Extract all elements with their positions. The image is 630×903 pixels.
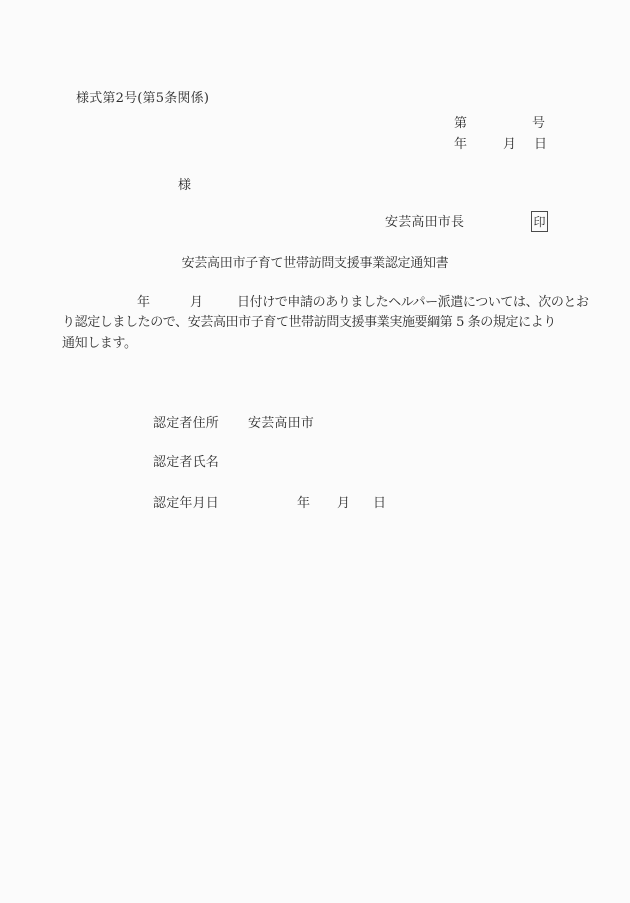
addressee-honorific: 様 xyxy=(178,177,191,194)
header-date-month: 月 xyxy=(503,136,516,153)
sender-title: 安芸高田市長 xyxy=(385,214,464,231)
field-certdate-month: 月 xyxy=(337,495,350,512)
field-certdate-label: 認定年月日 xyxy=(153,495,219,512)
seal-mark: 印 xyxy=(531,211,548,232)
body-line3-text: 通知します。 xyxy=(62,335,137,352)
body-line2-text: り認定しましたので、安芸高田市子育て世帯訪問支援事業実施要綱第 5 条の規定によ… xyxy=(62,314,556,331)
doc-number-suffix: 号 xyxy=(532,115,545,132)
body-line1-year: 年 xyxy=(137,294,150,311)
field-address-value: 安芸高田市 xyxy=(248,415,314,432)
form-number: 様式第2号(第5条関係) xyxy=(76,90,209,107)
header-date-day: 日 xyxy=(534,136,547,153)
field-name-label: 認定者氏名 xyxy=(153,454,219,471)
body-line1-text: 日付けで申請のありましたヘルパー派遣については、次のとお xyxy=(237,294,589,311)
document-title: 安芸高田市子育て世帯訪問支援事業認定通知書 xyxy=(0,255,630,272)
field-address-label: 認定者住所 xyxy=(153,415,219,432)
field-certdate-year: 年 xyxy=(297,495,310,512)
body-line1-month: 月 xyxy=(190,294,203,311)
doc-number-prefix: 第 xyxy=(454,115,467,132)
header-date-year: 年 xyxy=(454,136,467,153)
field-certdate-day: 日 xyxy=(373,495,386,512)
seal-character: 印 xyxy=(533,216,545,228)
document-page: 様式第2号(第5条関係) 第 号 年 月 日 様 安芸高田市長 印 安芸高田市子… xyxy=(0,0,630,903)
